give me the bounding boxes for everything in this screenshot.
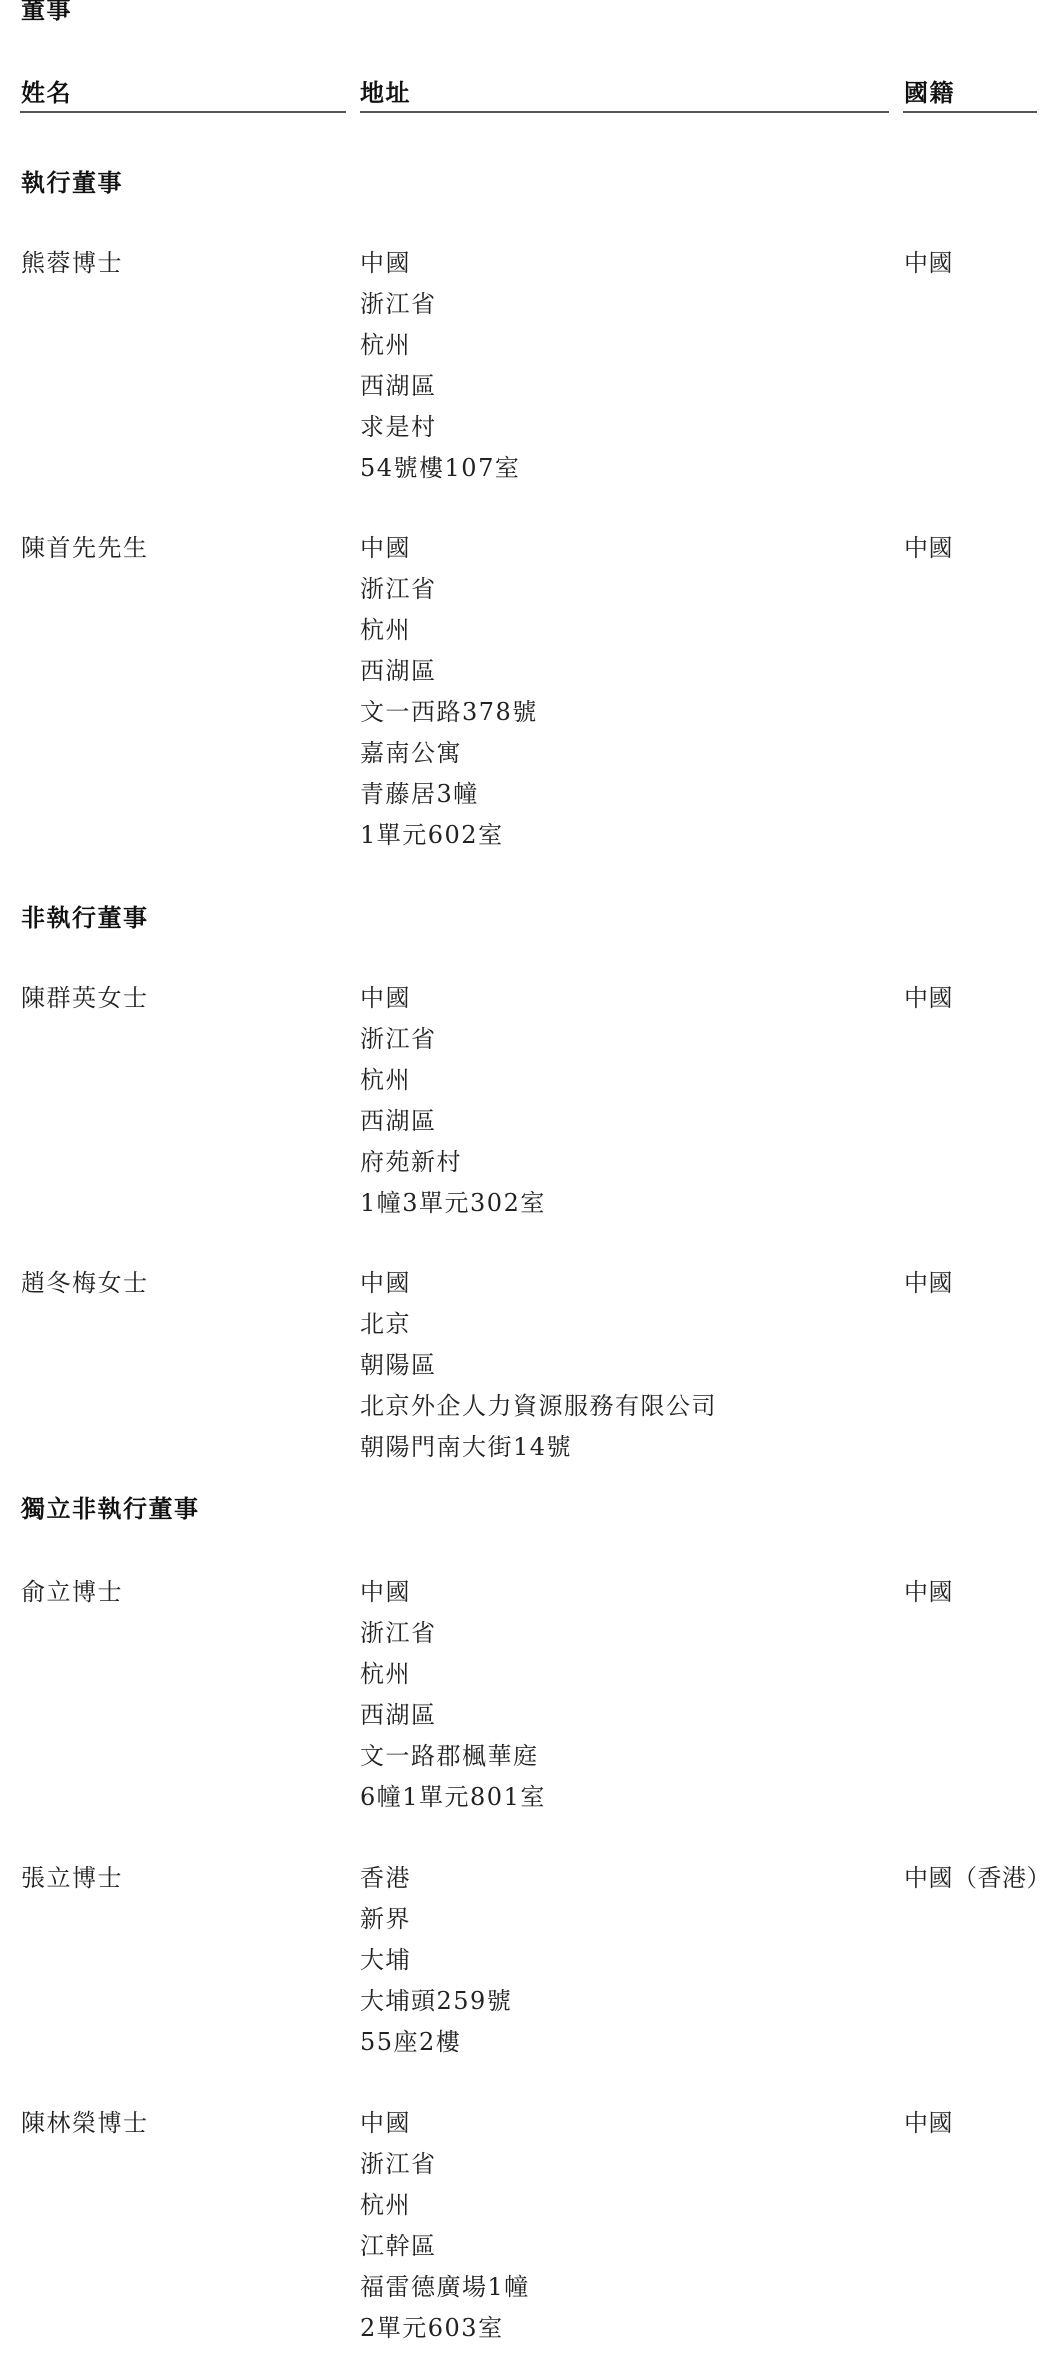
address-line: 大埔頭259號 xyxy=(360,1981,512,2022)
address-line: 杭州 xyxy=(360,610,411,651)
director-nationality: 中國 xyxy=(904,2103,953,2144)
address-line: 西湖區 xyxy=(360,1695,437,1736)
director-name: 趙冬梅女士 xyxy=(21,1263,149,1304)
director-name: 陳首先先生 xyxy=(21,528,149,569)
director-nationality: 中國 xyxy=(904,528,953,569)
address-line: 朝陽門南大街14號 xyxy=(360,1427,572,1468)
section-label: 獨立非執行董事 xyxy=(21,1488,200,1529)
director-name: 熊蓉博士 xyxy=(21,243,123,284)
address-line: 55座2樓 xyxy=(360,2022,461,2063)
address-line: 中國 xyxy=(360,1572,411,1613)
director-nationality: 中國 xyxy=(904,1572,953,1613)
address-line: 中國 xyxy=(360,2103,411,2144)
address-line: 中國 xyxy=(360,1263,411,1304)
address-line: 杭州 xyxy=(360,1060,411,1101)
header-rule-nationality xyxy=(903,111,1037,113)
address-line: 杭州 xyxy=(360,1654,411,1695)
address-line: 中國 xyxy=(360,243,411,284)
address-line: 西湖區 xyxy=(360,1101,437,1142)
director-nationality: 中國 xyxy=(904,978,953,1019)
address-line: 朝陽區 xyxy=(360,1345,437,1386)
address-line: 杭州 xyxy=(360,325,411,366)
address-line: 新界 xyxy=(360,1899,411,1940)
address-line: 西湖區 xyxy=(360,366,437,407)
header-rule-address xyxy=(360,111,889,113)
address-line: 文一路郡楓華庭 xyxy=(360,1736,539,1777)
page-title: 董事 xyxy=(21,0,72,30)
address-line: 文一西路378號 xyxy=(360,692,538,733)
address-line: 杭州 xyxy=(360,2185,411,2226)
address-line: 嘉南公寓 xyxy=(360,733,462,774)
director-nationality: 中國 xyxy=(904,243,953,284)
header-rule-name xyxy=(20,111,346,113)
column-header-address: 地址 xyxy=(360,72,411,113)
address-line: 6幢1單元801室 xyxy=(360,1777,546,1818)
address-line: 北京 xyxy=(360,1304,411,1345)
address-line: 浙江省 xyxy=(360,1019,437,1060)
address-line: 浙江省 xyxy=(360,1613,437,1654)
address-line: 浙江省 xyxy=(360,284,437,325)
address-line: 江幹區 xyxy=(360,2226,437,2267)
address-line: 大埔 xyxy=(360,1940,411,1981)
address-line: 府苑新村 xyxy=(360,1142,462,1183)
address-line: 2單元603室 xyxy=(360,2308,504,2349)
address-line: 西湖區 xyxy=(360,651,437,692)
address-line: 求是村 xyxy=(360,407,437,448)
address-line: 青藤居3幢 xyxy=(360,774,479,815)
column-header-nationality: 國籍 xyxy=(904,72,955,113)
address-line: 1幢3單元302室 xyxy=(360,1183,546,1224)
director-name: 陳林榮博士 xyxy=(21,2103,149,2144)
address-line: 浙江省 xyxy=(360,2144,437,2185)
director-name: 張立博士 xyxy=(21,1858,123,1899)
address-line: 福雷德廣場1幢 xyxy=(360,2267,530,2308)
address-line: 香港 xyxy=(360,1858,411,1899)
address-line: 北京外企人力資源服務有限公司 xyxy=(360,1386,717,1427)
director-nationality: 中國（香港） xyxy=(904,1858,1040,1899)
column-header-name: 姓名 xyxy=(21,72,72,113)
address-line: 中國 xyxy=(360,528,411,569)
address-line: 中國 xyxy=(360,978,411,1019)
director-nationality: 中國 xyxy=(904,1263,953,1304)
address-line: 1單元602室 xyxy=(360,815,504,856)
section-label: 非執行董事 xyxy=(21,897,149,938)
director-name: 俞立博士 xyxy=(21,1572,123,1613)
address-line: 54號樓107室 xyxy=(360,448,520,489)
section-label: 執行董事 xyxy=(21,162,123,203)
address-line: 浙江省 xyxy=(360,569,437,610)
director-name: 陳群英女士 xyxy=(21,978,149,1019)
